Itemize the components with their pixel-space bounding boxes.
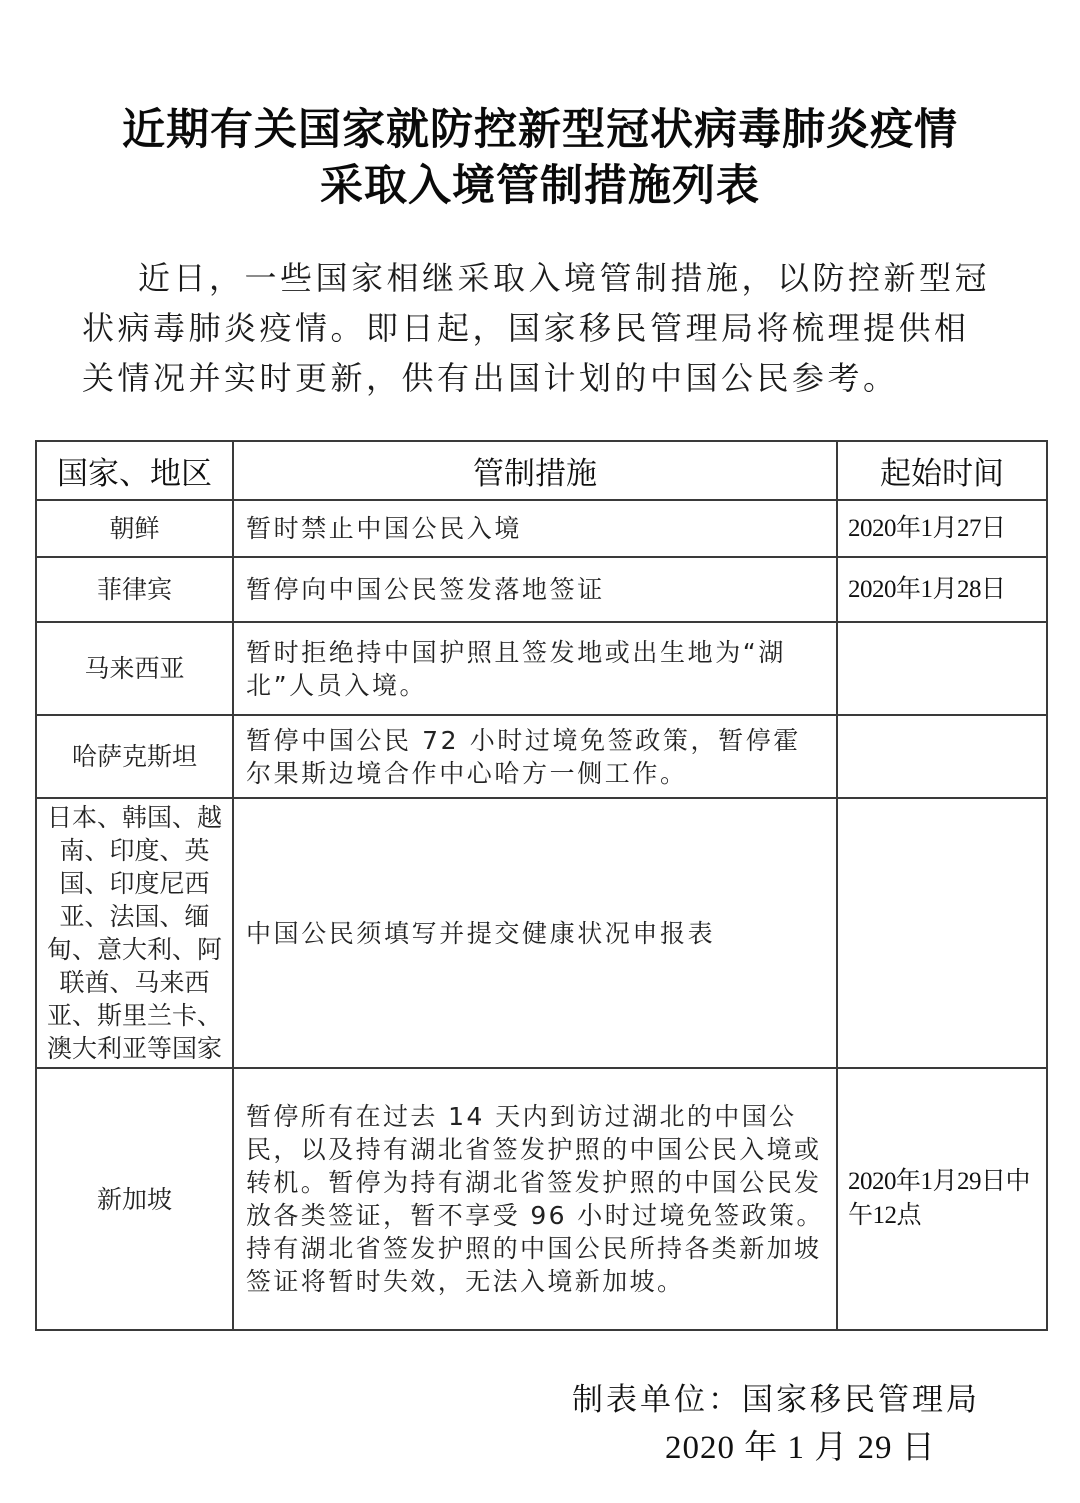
header-country-region: 国家、地区: [36, 441, 233, 500]
cell-start-time: [837, 715, 1047, 798]
cell-start-time: 2020年1月28日: [837, 557, 1047, 622]
issue-date: 2020 年 1 月 29 日: [665, 1421, 936, 1468]
cell-start-time: 2020年1月29日中午12点: [837, 1068, 1047, 1330]
cell-country: 哈萨克斯坦: [36, 715, 233, 798]
cell-measure: 暂停所有在过去 14 天内到访过湖北的中国公民，以及持有湖北省签发护照的中国公民…: [233, 1068, 837, 1330]
table-row: 菲律宾 暂停向中国公民签发落地签证 2020年1月28日: [36, 557, 1047, 622]
cell-start-time: [837, 798, 1047, 1068]
intro-paragraph: 近日，一些国家相继采取入境管制措施，以防控新型冠状病毒肺炎疫情。即日起，国家移民…: [82, 253, 1002, 403]
header-control-measures: 管制措施: [233, 441, 837, 500]
cell-measure: 暂停中国公民 72 小时过境免签政策，暂停霍尔果斯边境合作中心哈方一侧工作。: [233, 715, 837, 798]
cell-start-time: 2020年1月27日: [837, 500, 1047, 557]
cell-country: 朝鲜: [36, 500, 233, 557]
table-row: 马来西亚 暂时拒绝持中国护照且签发地或出生地为“湖北”人员入境。: [36, 622, 1047, 715]
table-row: 朝鲜 暂时禁止中国公民入境 2020年1月27日: [36, 500, 1047, 557]
cell-country: 菲律宾: [36, 557, 233, 622]
table-row: 日本、韩国、越南、印度、英国、印度尼西亚、法国、缅甸、意大利、阿联酋、马来西亚、…: [36, 798, 1047, 1068]
cell-measure: 暂停向中国公民签发落地签证: [233, 557, 837, 622]
cell-measure: 暂时拒绝持中国护照且签发地或出生地为“湖北”人员入境。: [233, 622, 837, 715]
cell-country: 马来西亚: [36, 622, 233, 715]
cell-measure: 中国公民须填写并提交健康状况申报表: [233, 798, 837, 1068]
table-row: 哈萨克斯坦 暂停中国公民 72 小时过境免签政策，暂停霍尔果斯边境合作中心哈方一…: [36, 715, 1047, 798]
document-title-line-1: 近期有关国家就防控新型冠状病毒肺炎疫情: [0, 102, 1080, 158]
document-title-line-2: 采取入境管制措施列表: [0, 158, 1080, 214]
cell-measure: 暂时禁止中国公民入境: [233, 500, 837, 557]
cell-country: 日本、韩国、越南、印度、英国、印度尼西亚、法国、缅甸、意大利、阿联酋、马来西亚、…: [36, 798, 233, 1068]
issuing-unit: 制表单位：国家移民管理局: [572, 1374, 980, 1419]
entry-control-measures-table: 国家、地区 管制措施 起始时间 朝鲜 暂时禁止中国公民入境 2020年1月27日…: [35, 440, 1048, 1331]
cell-country: 新加坡: [36, 1068, 233, 1330]
header-start-time: 起始时间: [837, 441, 1047, 500]
table-row: 新加坡 暂停所有在过去 14 天内到访过湖北的中国公民，以及持有湖北省签发护照的…: [36, 1068, 1047, 1330]
table-header-row: 国家、地区 管制措施 起始时间: [36, 441, 1047, 500]
cell-start-time: [837, 622, 1047, 715]
